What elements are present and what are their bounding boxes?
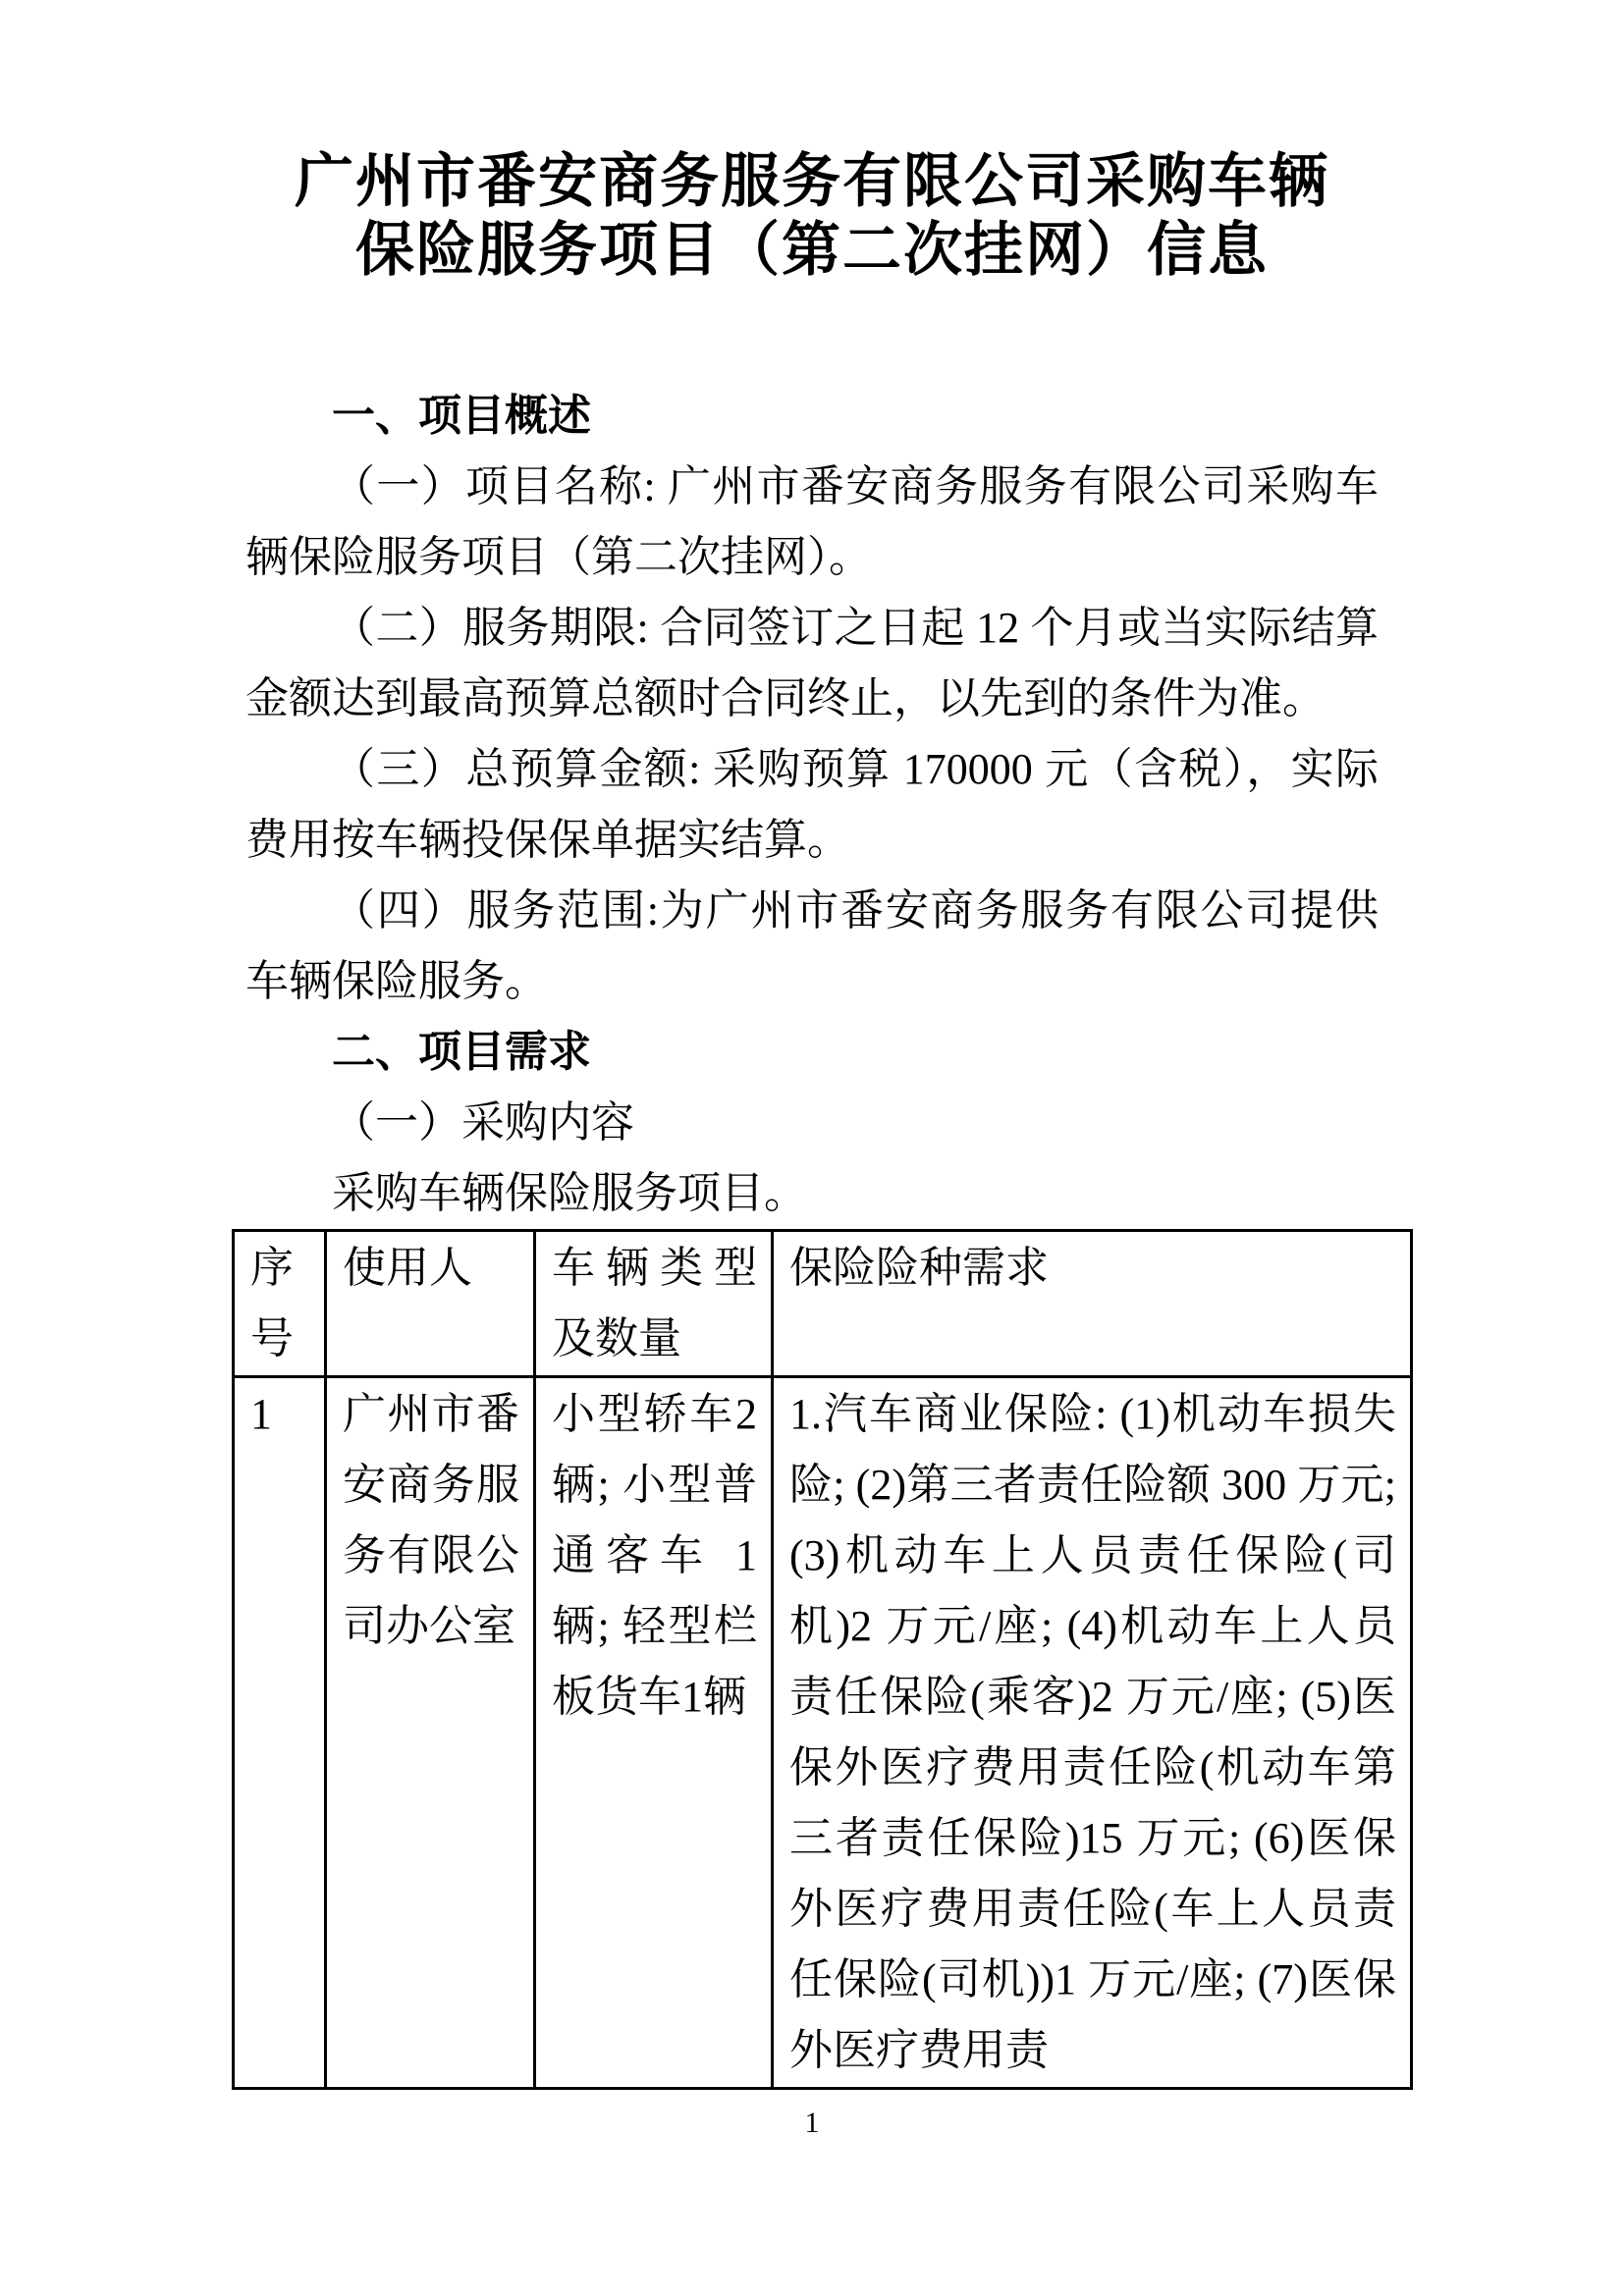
document-title-line-2: 保险服务项目（第二次挂网）信息 xyxy=(355,218,1269,283)
para-project-name: （一）项目名称: 广州市番安商务服务有限公司采购车辆保险服务项目（第二次挂网）。 xyxy=(245,452,1379,593)
section-2-heading: 二、项目需求 xyxy=(245,1017,1379,1088)
cell-insurance-requirements: 1.汽车商业保险: (1)机动车损失险; (2)第三者责任险额 300 万元; … xyxy=(773,1377,1412,2089)
para-service-scope: （四）服务范围:为广州市番安商务服务有限公司提供车辆保险服务。 xyxy=(245,876,1379,1017)
header-cell-insurance-requirements: 保险险种需求 xyxy=(773,1231,1412,1377)
header-cell-serial-number: 序号 xyxy=(234,1231,326,1377)
procurement-requirements-table: 序号 使用人 车辆类型及数量 保险险种需求 1 广州市番安商务服务有限公司办公室… xyxy=(232,1229,1413,2090)
header-cell-user: 使用人 xyxy=(326,1231,535,1377)
document-title-line-1: 广州市番安商务服务有限公司采购车辆 xyxy=(295,149,1329,214)
para-procurement-content: 采购车辆保险服务项目。 xyxy=(245,1158,1379,1229)
para-service-period: （二）服务期限: 合同签订之日起 12 个月或当实际结算金额达到最高预算总额时合… xyxy=(245,593,1379,734)
table-row: 1 广州市番安商务服务有限公司办公室 小型轿车2辆; 小型普通客车 1 辆; 轻… xyxy=(234,1377,1412,2089)
document-title: 广州市番安商务服务有限公司采购车辆 保险服务项目（第二次挂网）信息 xyxy=(245,147,1379,285)
document-body: 一、项目概述 （一）项目名称: 广州市番安商务服务有限公司采购车辆保险服务项目（… xyxy=(245,381,1379,1229)
section-1-heading: 一、项目概述 xyxy=(245,381,1379,452)
cell-serial-number: 1 xyxy=(234,1377,326,2089)
cell-user: 广州市番安商务服务有限公司办公室 xyxy=(326,1377,535,2089)
document-page: 广州市番安商务服务有限公司采购车辆 保险服务项目（第二次挂网）信息 一、项目概述… xyxy=(0,0,1624,2296)
section-2-subheading: （一）采购内容 xyxy=(245,1088,1379,1158)
header-cell-vehicle-type-quantity: 车辆类型及数量 xyxy=(535,1231,773,1377)
para-total-budget: （三）总预算金额: 采购预算 170000 元（含税），实际费用按车辆投保保单据… xyxy=(245,734,1379,876)
cell-vehicle-type-quantity: 小型轿车2辆; 小型普通客车 1 辆; 轻型栏板货车1辆 xyxy=(535,1377,773,2089)
page-number: 1 xyxy=(245,2104,1379,2143)
table-header-row: 序号 使用人 车辆类型及数量 保险险种需求 xyxy=(234,1231,1412,1377)
